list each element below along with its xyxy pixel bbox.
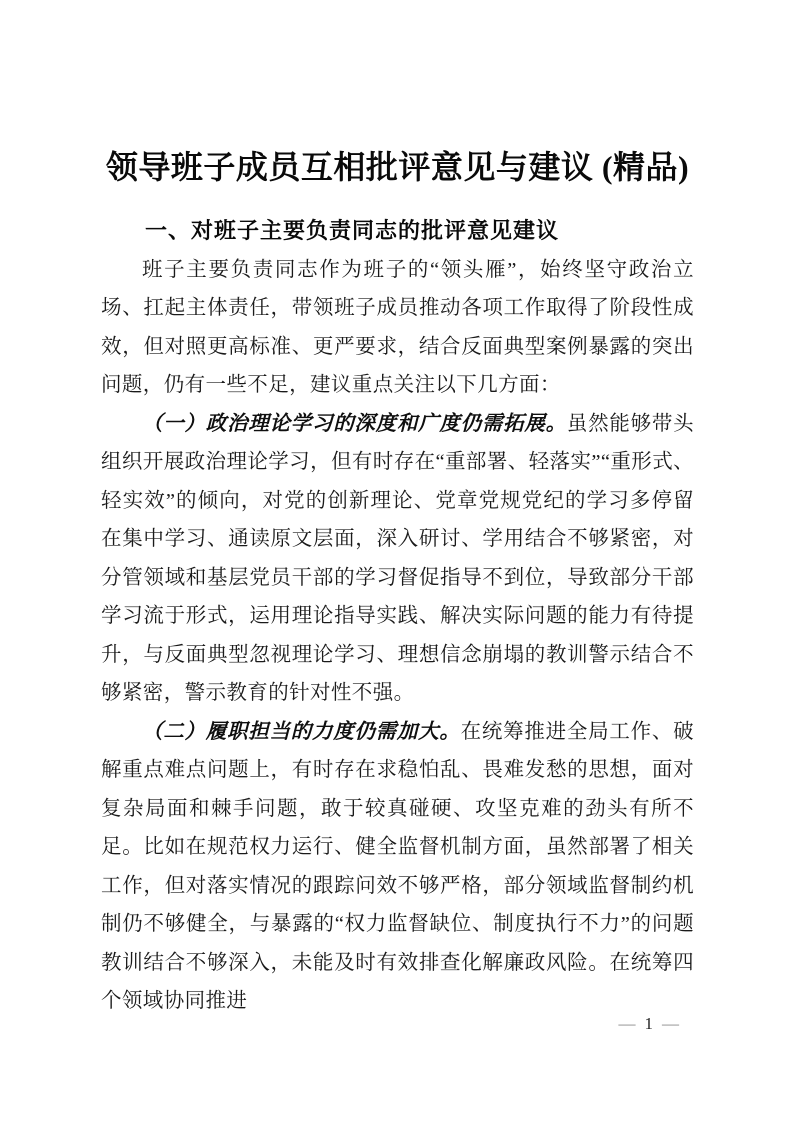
- footer-dash-left: —: [619, 1014, 636, 1033]
- document-title: 领导班子成员互相批评意见与建议 (精品): [101, 142, 694, 192]
- paragraph-lead: （二）履职担当的力度仍需加大。: [142, 721, 461, 743]
- page-number: 1: [645, 1014, 654, 1033]
- page-footer: —1—: [619, 1014, 680, 1034]
- section-heading: 一、对班子主要负责同志的批评意见建议: [101, 212, 694, 251]
- paragraph: （一）政治理论学习的深度和广度仍需拓展。虽然能够带头组织开展政治理论学习，但有时…: [101, 405, 694, 713]
- paragraph: 班子主要负责同志作为班子的“领头雁”，始终坚守政治立场、扛起主体责任，带领班子成…: [101, 251, 694, 405]
- document-page: 领导班子成员互相批评意见与建议 (精品) 一、对班子主要负责同志的批评意见建议 …: [0, 0, 793, 1122]
- paragraph-lead: （一）政治理论学习的深度和广度仍需拓展。: [142, 413, 567, 435]
- footer-dash-right: —: [662, 1014, 679, 1033]
- paragraph-text: 班子主要负责同志作为班子的“领头雁”，始终坚守政治立场、扛起主体责任，带领班子成…: [101, 259, 694, 397]
- paragraph: （二）履职担当的力度仍需加大。在统筹推进全局工作、破解重点难点问题上，有时存在求…: [101, 713, 694, 1021]
- paragraph-text: 虽然能够带头组织开展政治理论学习，但有时存在“重部署、轻落实”“重形式、轻实效”…: [101, 413, 694, 705]
- paragraph-text: 在统筹推进全局工作、破解重点难点问题上，有时存在求稳怕乱、畏难发愁的思想，面对复…: [101, 721, 694, 1013]
